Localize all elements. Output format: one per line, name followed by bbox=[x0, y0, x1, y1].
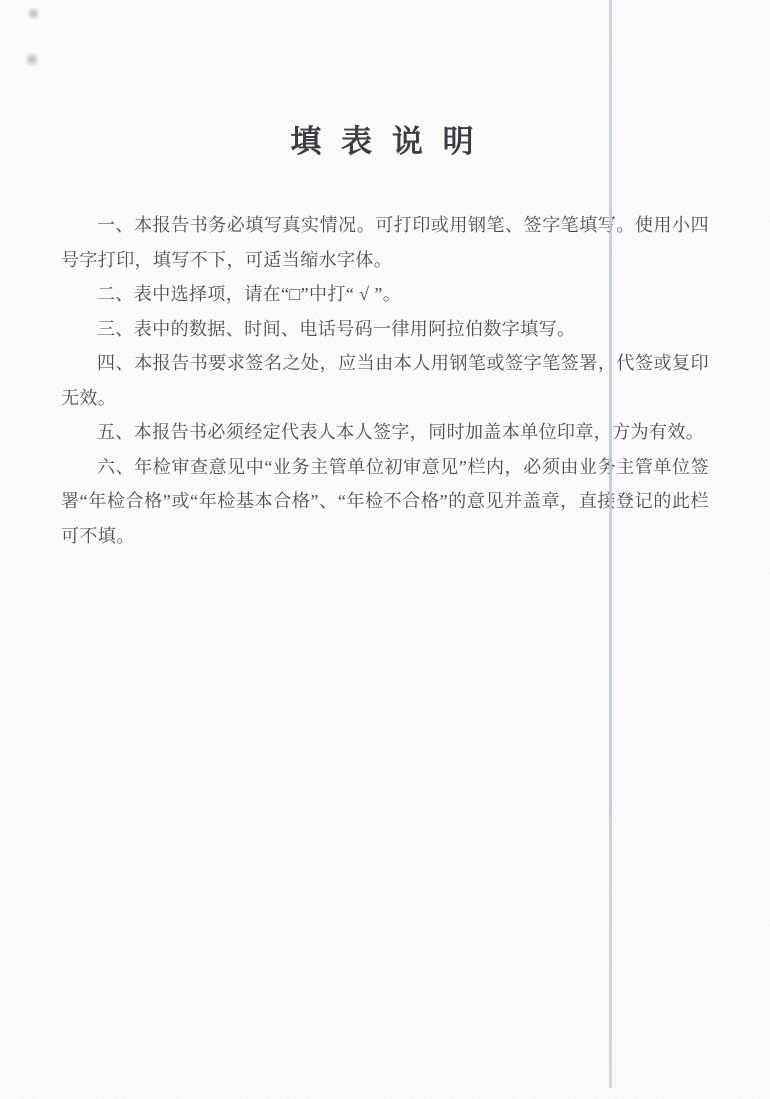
scanned-document-page: 填 表 说 明 一、本报告书务必填写真实情况。可打印或用钢笔、签字笔填写。使用小… bbox=[0, 0, 770, 1099]
scan-fold-line bbox=[609, 0, 612, 1088]
page-title: 填 表 说 明 bbox=[0, 0, 770, 164]
scan-smudge-artifact bbox=[28, 8, 39, 19]
scan-smudge-artifact bbox=[26, 53, 38, 66]
